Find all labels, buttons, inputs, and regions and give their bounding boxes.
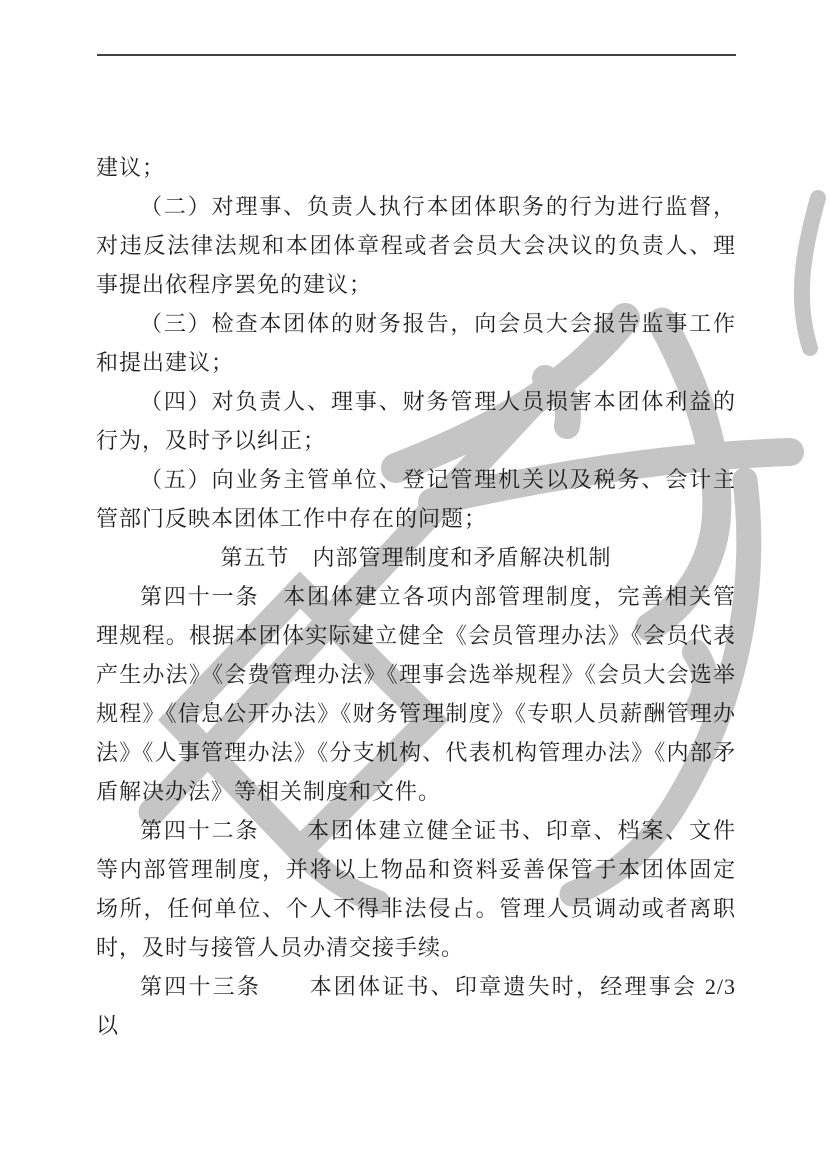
paragraph-article-41: 第四十一条 本团体建立各项内部管理制度，完善相关管理规程。根据本团体实际建立健全… (96, 577, 736, 811)
paragraph-item-3: （三）检查本团体的财务报告，向会员大会报告监事工作和提出建议； (96, 304, 736, 382)
document-body: 建议； （二）对理事、负责人执行本团体职务的行为进行监督，对违反法律法规和本团体… (96, 148, 736, 1045)
paragraph-continuation: 建议； (96, 148, 736, 187)
document-page: 建议； （二）对理事、负责人执行本团体职务的行为进行监督，对违反法律法规和本团体… (0, 0, 830, 1174)
section-heading: 第五节 内部管理制度和矛盾解决机制 (96, 538, 736, 577)
paragraph-item-5: （五）向业务主管单位、登记管理机关以及税务、会计主管部门反映本团体工作中存在的问… (96, 460, 736, 538)
header-rule (97, 54, 736, 56)
paragraph-item-2: （二）对理事、负责人执行本团体职务的行为进行监督，对违反法律法规和本团体章程或者… (96, 187, 736, 304)
paragraph-article-42: 第四十二条 本团体建立健全证书、印章、档案、文件等内部管理制度，并将以上物品和资… (96, 811, 736, 967)
paragraph-article-43: 第四十三条 本团体证书、印章遗失时，经理事会 2/3 以 (96, 967, 736, 1045)
paragraph-item-4: （四）对负责人、理事、财务管理人员损害本团体利益的行为，及时予以纠正； (96, 382, 736, 460)
